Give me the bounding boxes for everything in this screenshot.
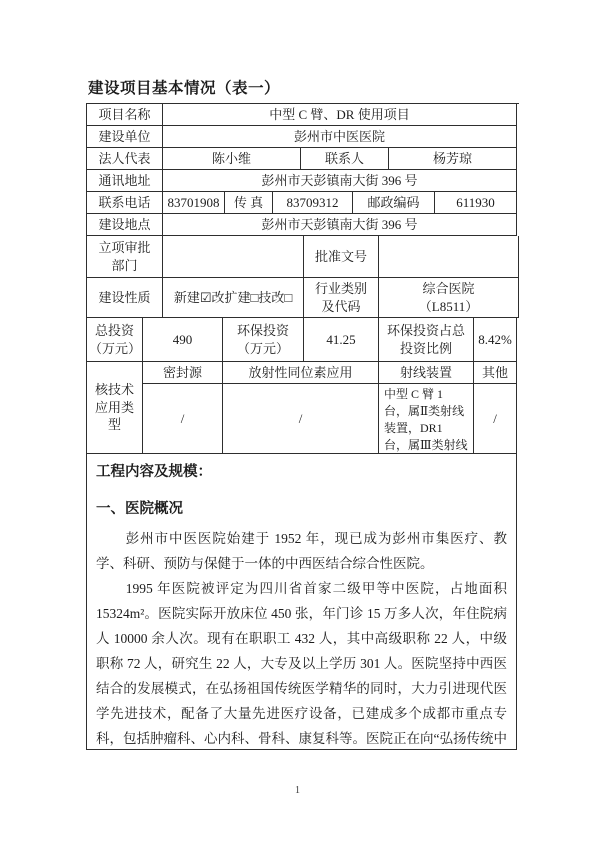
total-investment-value: 490 [143,318,223,362]
document-page: 建设项目基本情况（表一） 项目名称 中型 C 臂、DR 使用项目 建设单位 彭州… [0,0,595,842]
env-ratio-label: 环保投资占总 投资比例 [379,318,474,362]
nuclear-tech-label: 核技术 应用类型 [87,362,143,454]
radioisotope-value: / [223,384,379,454]
project-name-label: 项目名称 [87,104,163,126]
contact-person-value: 杨芳琼 [389,148,517,170]
other-value: / [474,384,517,454]
approval-dept-value [163,236,304,278]
industry-category-value: 综合医院 （L8511） [379,278,519,318]
section-title: 工程内容及规模： [96,462,507,482]
approval-doc-no-value [379,236,519,278]
fax-label: 传 真 [225,192,273,214]
table-row: 通讯地址 彭州市天彭镇南大街 396 号 [87,170,519,192]
sealed-source-value: / [143,384,223,454]
construction-site-label: 建设地点 [87,214,163,236]
approval-dept-label: 立项审批 部门 [87,236,163,278]
page-title: 建设项目基本情况（表一） [88,76,280,98]
hospital-overview-paragraph-1: 彭州市中医医院始建于 1952 年，现已成为彭州市集医疗、教学、科研、预防与保健… [96,526,507,576]
construction-nature-label: 建设性质 [87,278,163,318]
industry-category-label: 行业类别 及代码 [304,278,379,318]
project-basic-info-table: 项目名称 中型 C 臂、DR 使用项目 建设单位 彭州市中医医院 法人代表 陈小… [86,103,519,750]
nuclear-tech-value-row: / / 中型 C 臂 1 台，属Ⅱ类射线装置，DR1 台，属Ⅲ类射线装置 / [143,384,517,454]
legal-rep-value: 陈小维 [163,148,301,170]
project-content-cell: 工程内容及规模： 一、医院概况 彭州市中医医院始建于 1952 年，现已成为彭州… [87,454,517,750]
table-row: 建设单位 彭州市中医医院 [87,126,519,148]
mailing-address-label: 通讯地址 [87,170,163,192]
postal-code-label: 邮政编码 [353,192,435,214]
page-number: 1 [0,785,595,796]
sealed-source-header: 密封源 [143,362,223,384]
table-row: 立项审批 部门 批准文号 [87,236,519,278]
phone-label: 联系电话 [87,192,163,214]
radioisotope-header: 放射性同位素应用 [223,362,379,384]
table-row: 工程内容及规模： 一、医院概况 彭州市中医医院始建于 1952 年，现已成为彭州… [87,454,519,750]
table-row: 建设地点 彭州市天彭镇南大街 396 号 [87,214,519,236]
table-row: 联系电话 83701908 传 真 83709312 邮政编码 611930 [87,192,519,214]
nuclear-tech-subgrid: 密封源 放射性同位素应用 射线装置 其他 / / 中型 C 臂 1 台，属Ⅱ类射… [143,362,517,454]
table-row: 法人代表 陈小维 联系人 杨芳琼 [87,148,519,170]
construction-unit-value: 彭州市中医医院 [163,126,517,148]
ray-device-header: 射线装置 [379,362,474,384]
nuclear-tech-header-row: 密封源 放射性同位素应用 射线装置 其他 [143,362,517,384]
subsection-title: 一、医院概况 [96,499,507,519]
hospital-overview-paragraph-2: 1995 年医院被评定为四川省首家二级甲等中医院，占地面积 15324m²。医院… [96,576,507,750]
fax-value: 83709312 [273,192,353,214]
construction-nature-checkboxes: 新建☑改扩建□技改□ [163,278,304,318]
contact-person-label: 联系人 [301,148,389,170]
env-ratio-value: 8.42% [474,318,517,362]
total-investment-label: 总投资 （万元） [87,318,143,362]
table-row: 建设性质 新建☑改扩建□技改□ 行业类别 及代码 综合医院 （L8511） [87,278,519,318]
construction-site-value: 彭州市天彭镇南大街 396 号 [163,214,517,236]
approval-doc-no-label: 批准文号 [304,236,379,278]
project-name-value: 中型 C 臂、DR 使用项目 [163,104,517,126]
postal-code-value: 611930 [435,192,517,214]
construction-unit-label: 建设单位 [87,126,163,148]
env-investment-label: 环保投资 （万元） [223,318,304,362]
mailing-address-value: 彭州市天彭镇南大街 396 号 [163,170,517,192]
phone-value: 83701908 [163,192,225,214]
table-row: 核技术 应用类型 密封源 放射性同位素应用 射线装置 其他 / / 中型 C 臂… [87,362,519,454]
table-row: 总投资 （万元） 490 环保投资 （万元） 41.25 环保投资占总 投资比例… [87,318,519,362]
table-row: 项目名称 中型 C 臂、DR 使用项目 [87,104,519,126]
ray-device-value: 中型 C 臂 1 台，属Ⅱ类射线装置，DR1 台，属Ⅲ类射线装置 [379,384,474,454]
legal-rep-label: 法人代表 [87,148,163,170]
other-header: 其他 [474,362,517,384]
env-investment-value: 41.25 [304,318,379,362]
